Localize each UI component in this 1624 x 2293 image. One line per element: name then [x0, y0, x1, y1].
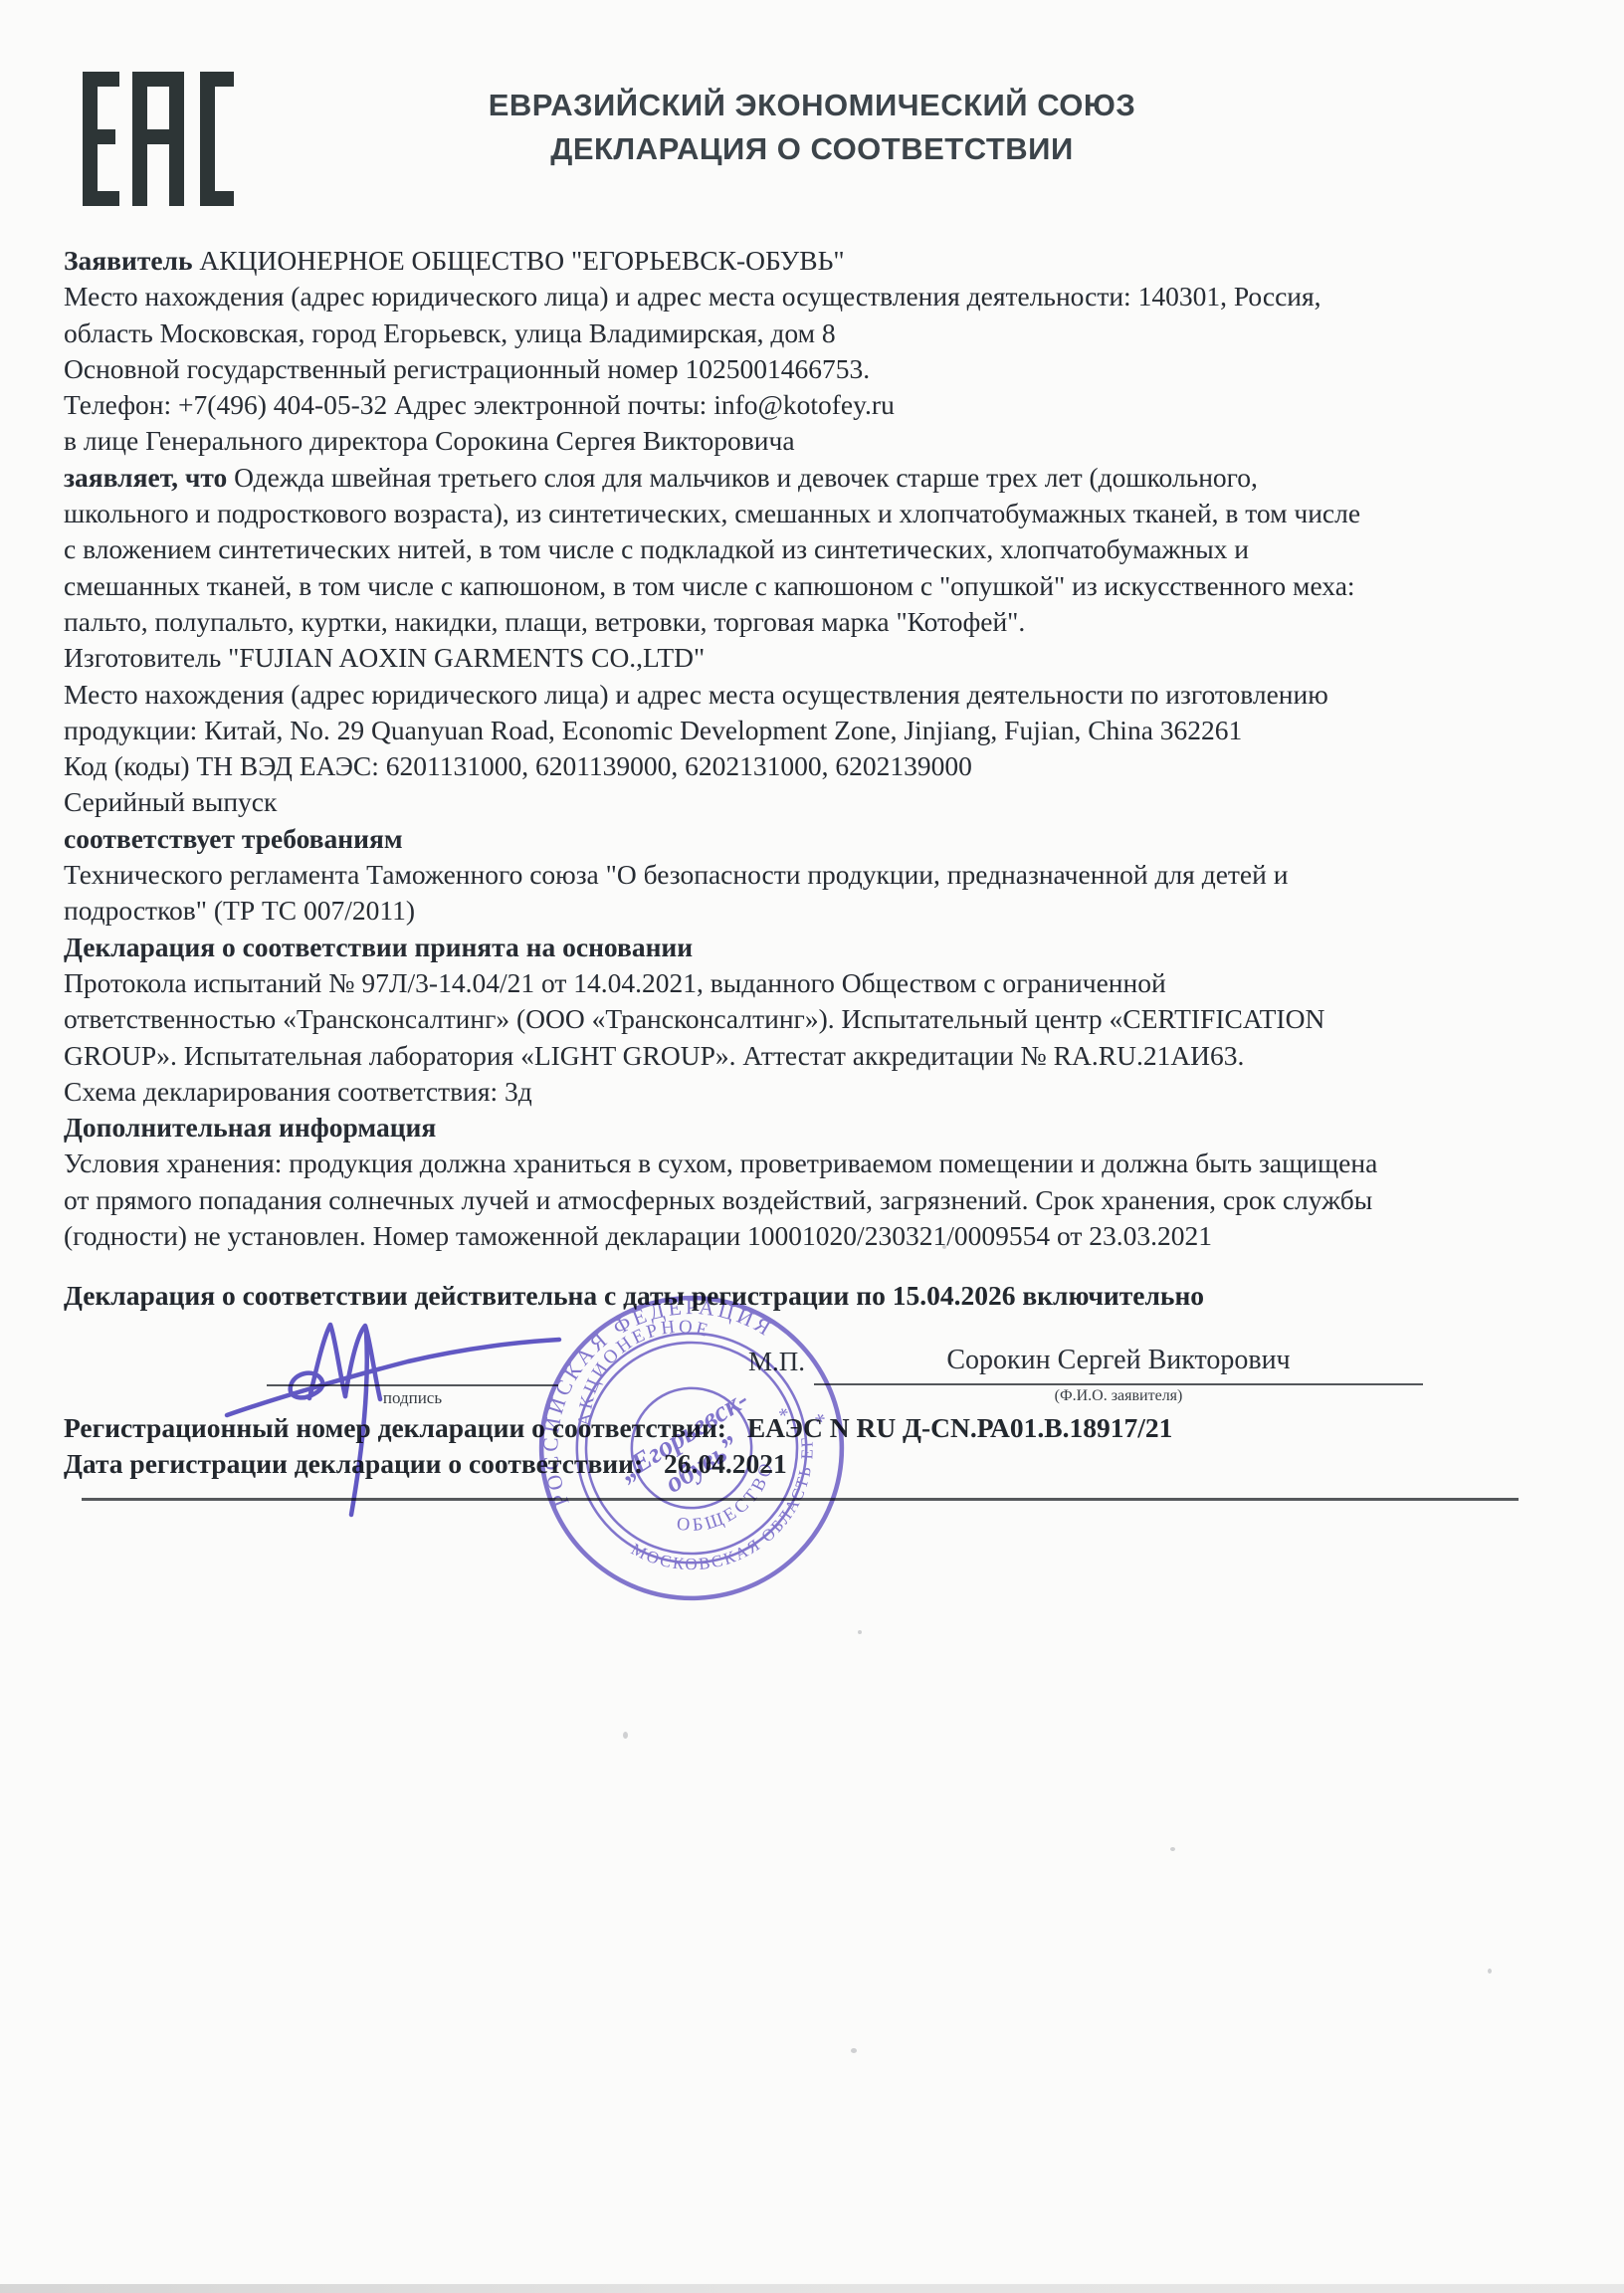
document-title: ЕВРАЗИЙСКИЙ ЭКОНОМИЧЕСКИЙ СОЮЗ ДЕКЛАРАЦИ… [0, 84, 1624, 171]
applicant-name-line [814, 1383, 1423, 1385]
body-line: Место нахождения (адрес юридического лиц… [64, 279, 1586, 314]
body-line: смешанных тканей, в том числе с капюшоно… [64, 568, 1586, 604]
body-line: (годности) не установлен. Номер таможенн… [64, 1218, 1586, 1254]
body-line: соответствует требованиям [64, 821, 1586, 857]
body-line: Декларация о соответствии принята на осн… [64, 930, 1586, 965]
stamp-star-icon: * [811, 1407, 831, 1434]
body-line: Условия хранения: продукция должна храни… [64, 1146, 1586, 1181]
body-line: Дополнительная информация [64, 1110, 1586, 1146]
body-line: продукции: Китай, No. 29 Quanyuan Road, … [64, 713, 1586, 748]
scan-speck [858, 1630, 862, 1634]
body-line: пальто, полупальто, куртки, накидки, пла… [64, 604, 1586, 640]
body-line: Заявитель АКЦИОНЕРНОЕ ОБЩЕСТВО "ЕГОРЬЕВС… [64, 243, 1586, 279]
body-line: подростков" (ТР ТС 007/2011) [64, 893, 1586, 929]
body-line: с вложением синтетических нитей, в том ч… [64, 531, 1586, 567]
company-round-stamp: РОССИЙСКАЯ ФЕДЕРАЦИЯ МОСКОВСКАЯ ОБЛАСТЬ … [534, 1291, 849, 1605]
body-line: Телефон: +7(496) 404-05-32 Адрес электро… [64, 387, 1586, 423]
body-line: Код (коды) ТН ВЭД ЕАЭС: 6201131000, 6201… [64, 748, 1586, 784]
scan-speck [1170, 1847, 1175, 1851]
declaration-document-page: ЕВРАЗИЙСКИЙ ЭКОНОМИЧЕСКИЙ СОЮЗ ДЕКЛАРАЦИ… [0, 0, 1624, 2293]
body-line: ответственностью «Трансконсалтинг» (ООО … [64, 1001, 1586, 1037]
body-line: Схема декларирования соответствия: 3д [64, 1074, 1586, 1110]
body-line: Технического регламента Таможенного союз… [64, 857, 1586, 893]
body-line: Протокола испытаний № 97Л/3-14.04/21 от … [64, 965, 1586, 1001]
scan-speck [851, 2048, 857, 2053]
body-line: Место нахождения (адрес юридического лиц… [64, 677, 1586, 713]
body-line: Основной государственный регистрационный… [64, 351, 1586, 387]
body-line: область Московская, город Егорьевск, ули… [64, 315, 1586, 351]
body-line: GROUP». Испытательная лаборатория «LIGHT… [64, 1038, 1586, 1074]
scan-speck [623, 1732, 628, 1739]
body-line: Серийный выпуск [64, 784, 1586, 820]
body-line: Изготовитель "FUJIAN AOXIN GARMENTS CO.,… [64, 640, 1586, 676]
scan-edge-shadow [0, 2284, 1624, 2293]
title-declaration: ДЕКЛАРАЦИЯ О СООТВЕТСТВИИ [0, 127, 1624, 171]
title-union: ЕВРАЗИЙСКИЙ ЭКОНОМИЧЕСКИЙ СОЮЗ [0, 84, 1624, 127]
handwritten-signature [169, 1294, 587, 1533]
applicant-name: Сорокин Сергей Викторович [814, 1345, 1423, 1376]
body-line: от прямого попадания солнечных лучей и а… [64, 1182, 1586, 1218]
applicant-name-caption: (Ф.И.О. заявителя) [814, 1387, 1423, 1405]
scan-speck [942, 1245, 946, 1249]
scan-speck [1488, 1969, 1492, 1974]
body-line: в лице Генерального директора Сорокина С… [64, 423, 1586, 459]
body-line: заявляет, что Одежда швейная третьего сл… [64, 460, 1586, 496]
declaration-body-text: Заявитель АКЦИОНЕРНОЕ ОБЩЕСТВО "ЕГОРЬЕВС… [64, 243, 1586, 1254]
body-line: школьного и подросткового возраста), из … [64, 496, 1586, 531]
